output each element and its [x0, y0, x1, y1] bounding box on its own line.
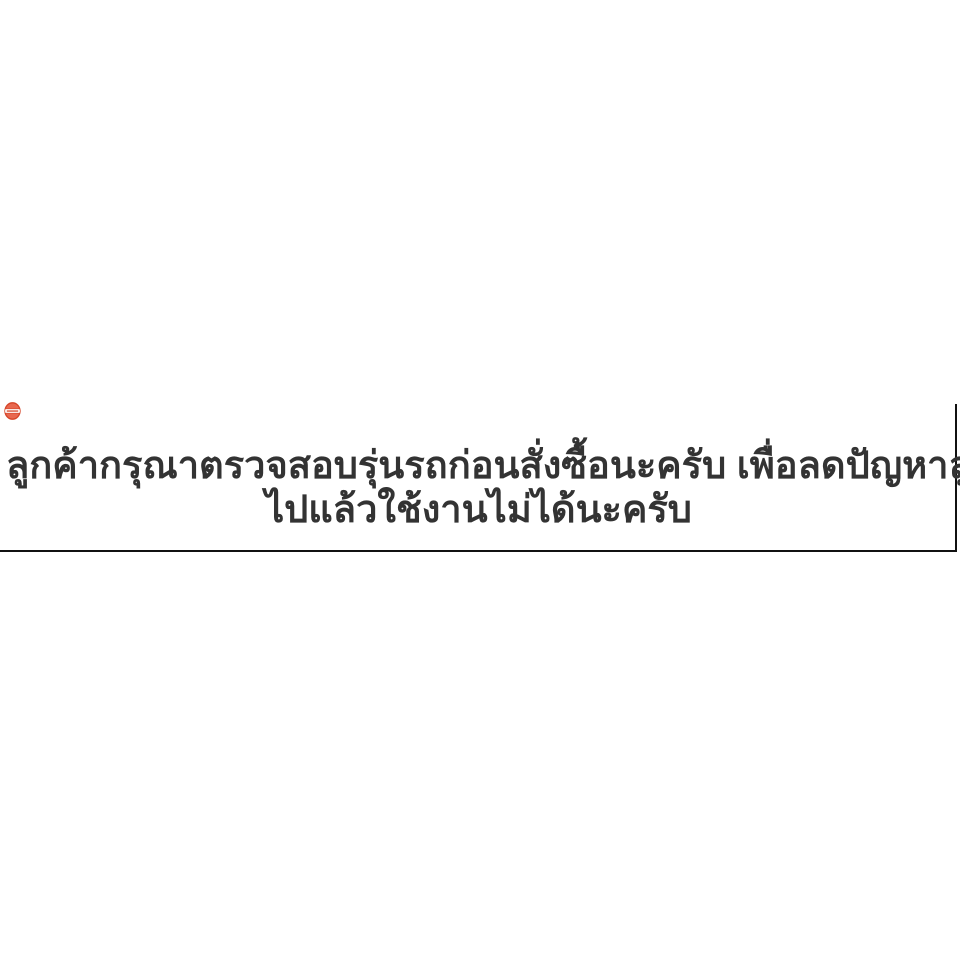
notice-line-2: ไปแล้วใช้งานไม่ได้นะครับ [6, 488, 951, 532]
notice-bottom-border [0, 550, 957, 552]
notice-image: ลูกค้ากรุณาตรวจสอบรุ่นรถก่อนสั่งซื้อนะคร… [0, 0, 960, 960]
notice-text-block: ลูกค้ากรุณาตรวจสอบรุ่นรถก่อนสั่งซื้อนะคร… [0, 444, 957, 532]
oval-brand-badge-icon [4, 402, 21, 420]
notice-line-1: ลูกค้ากรุณาตรวจสอบรุ่นรถก่อนสั่งซื้อนะคร… [6, 444, 951, 488]
